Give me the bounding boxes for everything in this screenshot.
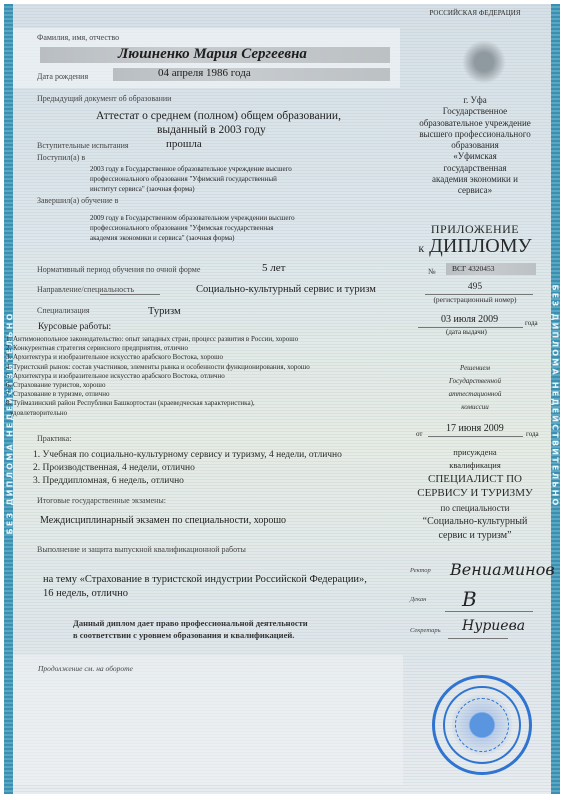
birth-date: 04 апреля 1986 года [158, 67, 251, 79]
entrance-exams-value: прошла [166, 138, 202, 150]
coursework-label: Курсовые работы: [38, 322, 111, 332]
finished-label: Завершил(а) обучение в [37, 196, 118, 205]
qualification-label: квалификация [400, 460, 550, 470]
decision-year-suffix: года [526, 430, 539, 438]
number-label: № [428, 267, 436, 276]
institution-line: государственная [400, 163, 550, 174]
specialty-line1: “Социально-культурный [400, 516, 550, 527]
coat-of-arms-icon [462, 40, 506, 84]
name-label: Фамилия, имя, отчество [37, 33, 119, 42]
diploma-number: ВСГ 4320453 [452, 264, 494, 273]
finished-text-3: академия экономики и сервиса" (заочная ф… [90, 234, 234, 243]
secretary-signature: Нуриева [462, 618, 525, 634]
direction-label: Направление/специальность [37, 285, 134, 294]
student-name: Люшненко Мария Сергеевна [118, 46, 307, 63]
specialty-line2: сервис и туризм” [400, 530, 550, 541]
continuation-note: Продолжение см. на обороте [38, 664, 133, 673]
practice-list: 1. Учебная по социально-культурному серв… [33, 449, 342, 488]
prev-doc-line2: выданный в 2003 году [157, 124, 266, 136]
direction-value: Социально-культурный сервис и туризм [196, 284, 376, 295]
decision-line: Государственной [400, 375, 550, 388]
thesis-topic: на тему «Страхование в туристской индуст… [43, 574, 367, 585]
finished-text-2: профессионального образования "Уфимская … [90, 224, 273, 233]
prev-doc-line1: Аттестат о среднем (полном) общем образо… [96, 110, 341, 122]
birth-label: Дата рождения [37, 72, 88, 81]
commission-decision: Решением Государственной аттестационной … [400, 362, 550, 414]
decision-date: 17 июня 2009 [446, 423, 504, 434]
secretary-underline [448, 638, 508, 639]
footer-band [13, 655, 403, 785]
qualification-line1: СПЕЦИАЛИСТ ПО [400, 473, 550, 485]
period-value: 5 лет [262, 262, 285, 274]
official-seal-stamp [432, 675, 532, 775]
diploma-title: к ДИПЛОМУ [400, 235, 550, 258]
qualification-line2: СЕРВИСУ И ТУРИЗМУ [400, 487, 550, 499]
specialty-underline [100, 294, 160, 295]
period-label: Нормативный период обучения по очной фор… [37, 265, 200, 274]
diploma-title-prefix: к [418, 241, 424, 255]
coursework-item: 7. Страхование в туризме, отлично [6, 390, 310, 399]
birth-field-bg [113, 68, 390, 81]
decision-line: Решением [400, 362, 550, 375]
entrance-exams-label: Вступительные испытания [37, 141, 129, 150]
coursework-item: 4. Туристский рынок: состав участников, … [6, 363, 310, 372]
diploma-title-word: ДИПЛОМУ [429, 235, 531, 257]
rights-line2: в соответствии с уровнем образования и к… [73, 630, 294, 640]
practice-label: Практика: [37, 434, 71, 443]
institution-line: сервиса» [400, 185, 550, 196]
specialization-value: Туризм [148, 306, 181, 317]
rector-label: Ректор [410, 567, 431, 574]
issue-year-suffix: года [525, 319, 538, 327]
decision-underline [428, 436, 523, 437]
dean-underline [445, 611, 533, 612]
awarded-text: присуждена [400, 447, 550, 457]
thesis-label: Выполнение и защита выпускной квалификац… [37, 545, 246, 554]
entered-label: Поступил(а) в [37, 153, 85, 162]
institution-line: Государственное [400, 106, 550, 117]
entered-text-2: профессионального образования "Уфимский … [90, 175, 277, 184]
side-warning-right: БЕЗ ДИПЛОМА НЕДЕЙСТВИТЕЛЬНО [551, 285, 560, 445]
final-exams-label: Итоговые государственные экзамены: [37, 496, 166, 505]
entered-text-3: институт сервиса" (заочная форма) [90, 185, 195, 194]
issue-date: 03 июля 2009 [441, 314, 498, 325]
practice-item: 2. Производственная, 4 недели, отлично [33, 462, 342, 475]
coursework-item: 8. Туймазинский район Республики Башкорт… [6, 399, 310, 408]
dean-signature: В [462, 587, 477, 611]
coursework-item: 3. Архитектура и изобразительное искусст… [6, 353, 310, 362]
institution-line: «Уфимская [400, 151, 550, 162]
coursework-item: 5. Архитектура и изобразительное искусст… [6, 372, 310, 381]
city: г. Уфа [400, 95, 550, 106]
entered-text-1: 2003 году в Государственное образователь… [90, 165, 292, 174]
institution-line: образовательное учреждение [400, 118, 550, 129]
by-specialty-label: по специальности [400, 503, 550, 513]
prev-doc-label: Предыдущий документ об образовании [37, 94, 171, 103]
issue-label: (дата выдачи) [446, 328, 487, 336]
rights-line1: Данный диплом дает право профессионально… [73, 618, 308, 628]
institution-line: академия экономики и [400, 174, 550, 185]
coursework-item: удовлетворительно [6, 409, 310, 418]
final-exam-value: Междисциплинарный экзамен по специальнос… [40, 515, 286, 526]
secretary-label: Секретарь [410, 627, 441, 634]
coursework-item: 2. Конкурентная стратегия сервисного пре… [6, 344, 310, 353]
practice-item: 3. Преддипломная, 6 недель, отлично [33, 475, 342, 488]
institution-block: г. Уфа Государственное образовательное у… [400, 95, 550, 197]
coursework-item: 6. Страхование туристов, хорошо [6, 381, 310, 390]
decision-line: аттестационной [400, 388, 550, 401]
institution-line: высшего профессионального [400, 129, 550, 140]
decision-line: комиссии [400, 401, 550, 414]
registration-label: (регистрационный номер) [400, 295, 550, 304]
registration-number: 495 [400, 282, 550, 292]
practice-item: 1. Учебная по социально-культурному серв… [33, 449, 342, 462]
rector-signature: Вениаминов [450, 560, 555, 579]
dean-label: Декан [410, 596, 426, 603]
country-title: РОССИЙСКАЯ ФЕДЕРАЦИЯ [400, 9, 550, 18]
coursework-list: 1. Антимонопольное законодательство: опы… [6, 335, 310, 418]
thesis-result: 16 недель, отлично [43, 588, 128, 599]
finished-text-1: 2009 году в Государственном образователь… [90, 214, 295, 223]
specialization-label: Специализация [37, 306, 90, 315]
from-label: от [416, 430, 422, 438]
coursework-item: 1. Антимонопольное законодательство: опы… [6, 335, 310, 344]
institution-line: образования [400, 140, 550, 151]
